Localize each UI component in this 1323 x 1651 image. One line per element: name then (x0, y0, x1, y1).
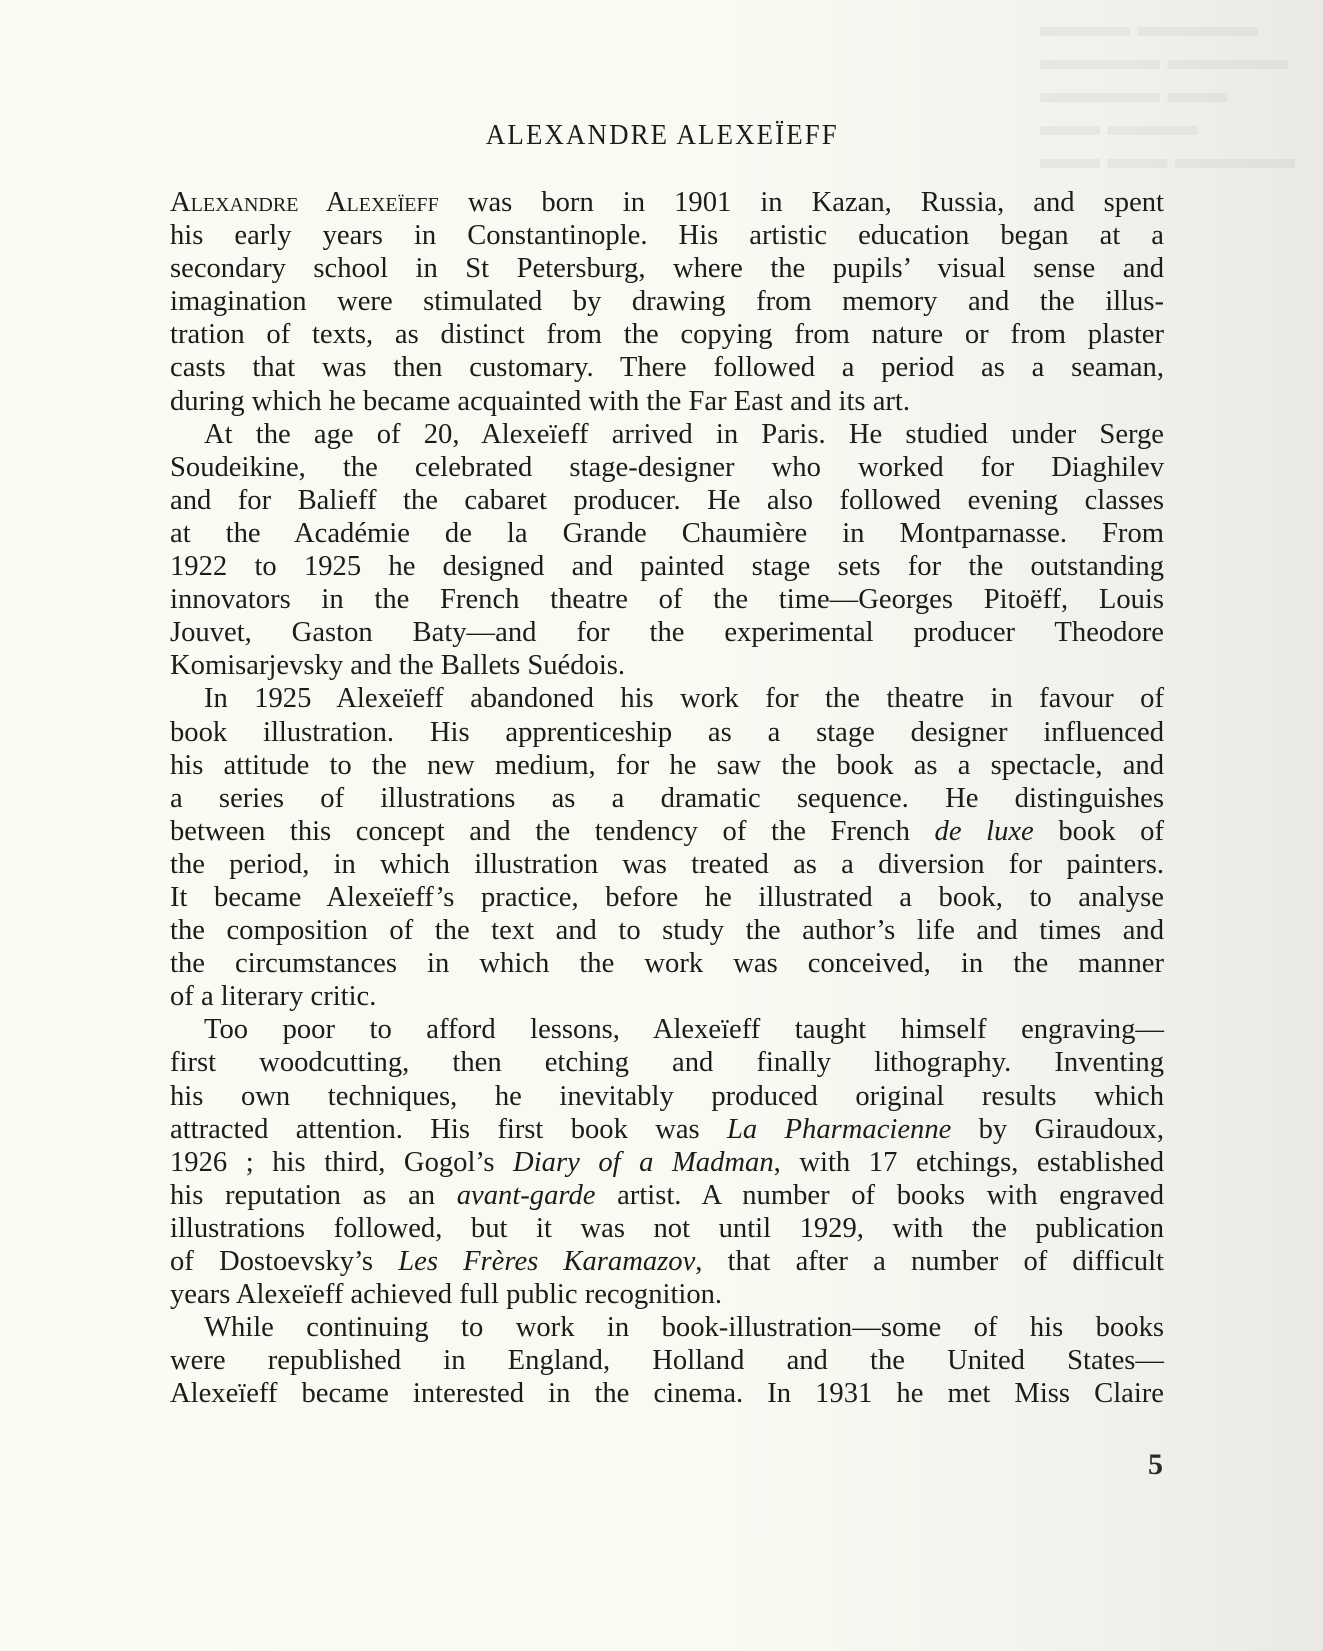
text-line: first woodcutting, then etching and fina… (170, 1046, 1164, 1079)
book-page: ▬▬▬ ▬▬▬▬▬▬▬▬ ▬▬▬▬▬▬▬▬ ▬▬▬▬ ▬▬▬▬▬ ▬▬ ▬▬▬▬… (0, 0, 1323, 1651)
text-line: Alexeïeff became interested in the cinem… (170, 1377, 1164, 1410)
text-line: It became Alexeïeff’s practice, before h… (170, 881, 1164, 914)
text-line: tration of texts, as distinct from the c… (170, 318, 1164, 351)
text-line: secondary school in St Petersburg, where… (170, 252, 1164, 285)
text-line: and for Balieff the cabaret producer. He… (170, 484, 1164, 517)
text-line: at the Académie de la Grande Chaumière i… (170, 517, 1164, 550)
text-line: his early years in Constantinople. His a… (170, 219, 1164, 252)
text-line: attracted attention. His first book was … (170, 1113, 1164, 1146)
paragraph-5: While continuing to work in book-illustr… (170, 1311, 1164, 1410)
paragraph-1: Alexandre Alexeïeff was born in 1901 in … (170, 186, 1164, 418)
italic-phrase: avant-garde (457, 1180, 596, 1211)
paragraph-3: In 1925 Alexeïeff abandoned his work for… (170, 682, 1164, 1013)
text-line: his reputation as an avant-garde artist.… (170, 1179, 1164, 1212)
text-line: In 1925 Alexeïeff abandoned his work for… (170, 682, 1164, 715)
text-line: his attitude to the new medium, for he s… (170, 749, 1164, 782)
page-number: 5 (1148, 1448, 1163, 1482)
text-line: during which he became acquainted with t… (170, 385, 1164, 418)
text-line: a series of illustrations as a dramatic … (170, 782, 1164, 815)
text-line: 1926 ; his third, Gogol’s Diary of a Mad… (170, 1146, 1164, 1179)
text-line: Too poor to afford lessons, Alexeïeff ta… (170, 1013, 1164, 1046)
text-line: While continuing to work in book-illustr… (170, 1311, 1164, 1344)
text-line: his own techniques, he inevitably produc… (170, 1080, 1164, 1113)
text-line: Komisarjevsky and the Ballets Suédois. (170, 649, 1164, 682)
text-line: Jouvet, Gaston Baty—and for the experime… (170, 616, 1164, 649)
text-line: of a literary critic. (170, 980, 1164, 1013)
paragraph-2: At the age of 20, Alexeïeff arrived in P… (170, 418, 1164, 683)
text-line: were republished in England, Holland and… (170, 1344, 1164, 1377)
page-title: ALEXANDRE ALEXEÏEFF (26, 120, 1296, 152)
text-line: of Dostoevsky’s Les Frères Karamazov, th… (170, 1245, 1164, 1278)
text-line: casts that was then customary. There fol… (170, 351, 1164, 384)
text-line: years Alexeïeff achieved full public rec… (170, 1278, 1164, 1311)
text-line: book illustration. His apprenticeship as… (170, 716, 1164, 749)
text-line: the period, in which illustration was tr… (170, 848, 1164, 881)
italic-title: Les Frères Karamazov (398, 1246, 695, 1277)
text-line: the circumstances in which the work was … (170, 947, 1164, 980)
text-line: Alexandre Alexeïeff was born in 1901 in … (170, 186, 1164, 219)
text-line: illustrations followed, but it was not u… (170, 1212, 1164, 1245)
italic-phrase: de luxe (935, 816, 1034, 847)
paragraph-4: Too poor to afford lessons, Alexeïeff ta… (170, 1013, 1164, 1311)
text-line: imagination were stimulated by drawing f… (170, 285, 1164, 318)
text-line: between this concept and the tendency of… (170, 815, 1164, 848)
italic-title: La Pharmacienne (727, 1114, 951, 1145)
text-line: At the age of 20, Alexeïeff arrived in P… (170, 418, 1164, 451)
text-line: innovators in the French theatre of the … (170, 583, 1164, 616)
text-line: 1922 to 1925 he designed and painted sta… (170, 550, 1164, 583)
text-line: Soudeikine, the celebrated stage-designe… (170, 451, 1164, 484)
lead-small-caps: Alexandre Alexeïeff (170, 187, 439, 218)
text-line: the composition of the text and to study… (170, 914, 1164, 947)
body-text: Alexandre Alexeïeff was born in 1901 in … (170, 186, 1164, 1410)
italic-title: Diary of a Madman (513, 1147, 774, 1178)
